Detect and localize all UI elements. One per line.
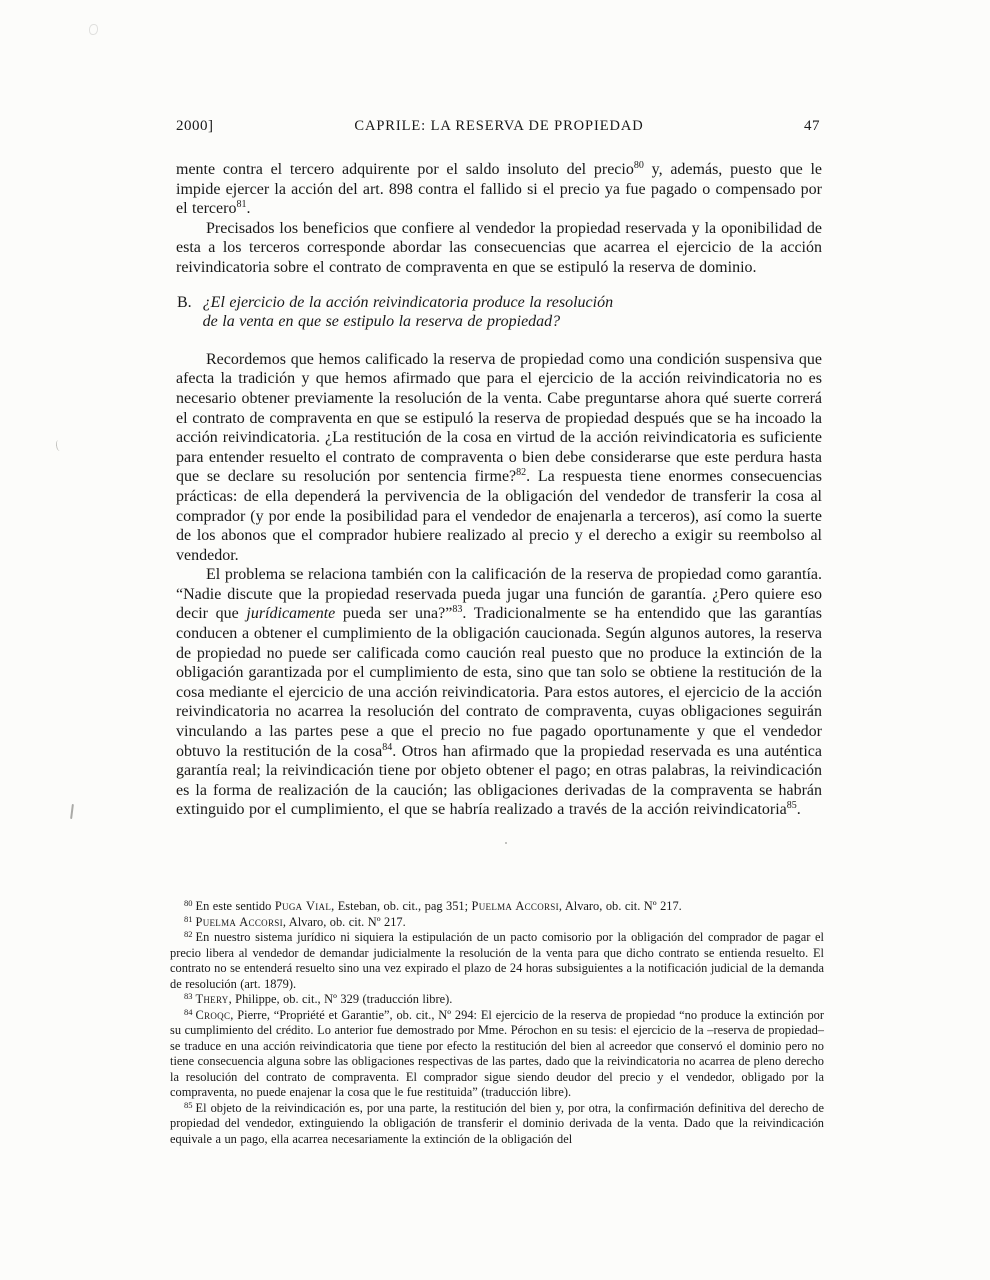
footnote-number: 84 [184,1007,193,1017]
header-page-number: 47 [804,118,820,135]
footnotes-list: 80En este sentido Puga Vial, Esteban, ob… [170,899,824,1147]
paragraph: Precisados los beneficios que confiere a… [176,219,822,278]
footnote-number: 81 [184,914,193,924]
scan-artifact [505,842,507,844]
scan-artifact [70,804,74,819]
footnote-number: 80 [184,898,193,908]
footnote-number: 85 [184,1100,193,1110]
running-header: 2000] CAPRILE: LA RESERVA DE PROPIEDAD 4… [176,118,822,138]
footnote-83: 83Thery, Philippe, ob. cit., Nº 329 (tra… [170,992,824,1008]
scan-artifact [89,24,98,35]
article-body: mente contra el tercero adquirente por e… [176,160,822,820]
document-page: 2000] CAPRILE: LA RESERVA DE PROPIEDAD 4… [0,0,990,1280]
scan-artifact [55,440,62,452]
section-heading-label: B. [177,293,192,332]
footnote-84: 84Croqc, Pierre, “Propriété et Garantie”… [170,1008,824,1101]
paragraph: El problema se relaciona también con la … [176,565,822,820]
footnote-number: 82 [184,929,193,939]
footnote-number: 83 [184,991,193,1001]
footnote-82: 82En nuestro sistema jurídico ni siquier… [170,930,824,992]
section-heading-b: B. ¿El ejercicio de la acción reivindica… [177,293,822,332]
section-heading-line: ¿El ejercicio de la acción reivindicator… [203,293,822,313]
footnote-80: 80En este sentido Puga Vial, Esteban, ob… [170,899,824,915]
header-title: CAPRILE: LA RESERVA DE PROPIEDAD [176,118,822,135]
section-heading-line: de la venta en que se estipulo la reserv… [203,312,822,332]
section-heading-text: ¿El ejercicio de la acción reivindicator… [203,293,822,332]
footnote-81: 81Puelma Accorsi, Alvaro, ob. cit. Nº 21… [170,915,824,931]
paragraph-continuation: mente contra el tercero adquirente por e… [176,160,822,219]
footnote-85: 85El objeto de la reivindicación es, por… [170,1101,824,1148]
paragraph: Recordemos que hemos calificado la reser… [176,350,822,566]
